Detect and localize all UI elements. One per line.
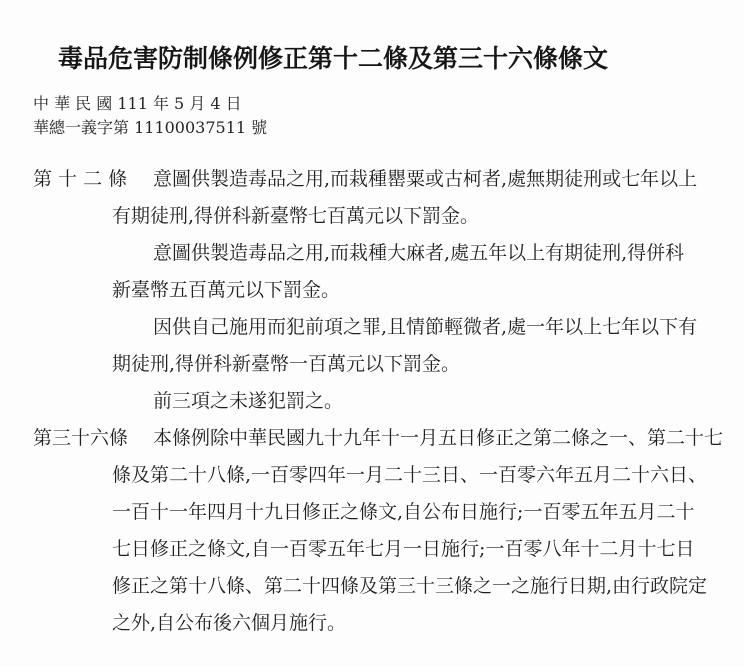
- article-text-line: 意圖供製造毒品之用,而栽種大麻者,處五年以上有期徒刑,得併科: [112, 235, 717, 272]
- article-text-line: 期徒刑,得併科新臺幣一百萬元以下罰金。: [112, 346, 717, 383]
- article-text-line: 本條例除中華民國九十九年十一月五日修正之第二條之一、第二十七: [112, 420, 717, 457]
- article-block: 第 十 二 條意圖供製造毒品之用,而栽種罌粟或古柯者,處無期徒刑或七年以上有期徒…: [0, 161, 744, 420]
- article-text-line: 新臺幣五百萬元以下罰金。: [112, 272, 717, 309]
- document-title: 毒品危害防制條例修正第十二條及第三十六條條文: [58, 42, 608, 76]
- article-content: 意圖供製造毒品之用,而栽種罌粟或古柯者,處無期徒刑或七年以上有期徒刑,得併科新臺…: [112, 161, 717, 420]
- promulgation-date: 中 華 民 國 111 年 5 月 4 日: [33, 92, 242, 116]
- articles-section: 第 十 二 條意圖供製造毒品之用,而栽種罌粟或古柯者,處無期徒刑或七年以上有期徒…: [0, 161, 744, 642]
- article-content: 本條例除中華民國九十九年十一月五日修正之第二條之一、第二十七條及第二十八條,一百…: [112, 420, 717, 642]
- article-text-line: 七日修正之條文,自一百零五年七月一日施行;一百零八年十二月十七日: [112, 531, 717, 568]
- article-text-line: 一百十一年四月十九日修正之條文,自公布日施行;一百零五年五月二十: [112, 494, 717, 531]
- article-text-line: 意圖供製造毒品之用,而栽種罌粟或古柯者,處無期徒刑或七年以上: [112, 161, 717, 198]
- article-text-line: 因供自己施用而犯前項之罪,且情節輕微者,處一年以上七年以下有: [112, 309, 717, 346]
- article-block: 第三十六條本條例除中華民國九十九年十一月五日修正之第二條之一、第二十七條及第二十…: [0, 420, 744, 642]
- article-number-label: 第 十 二 條: [33, 161, 127, 198]
- article-text-line: 之外,自公布後六個月施行。: [112, 605, 717, 642]
- article-text-line: 修正之第十八條、第二十四條及第三十三條之一之施行日期,由行政院定: [112, 568, 717, 605]
- document-page: 毒品危害防制條例修正第十二條及第三十六條條文 中 華 民 國 111 年 5 月…: [0, 0, 744, 667]
- article-text-line: 條及第二十八條,一百零四年一月二十三日、一百零六年五月二十六日、: [112, 457, 717, 494]
- article-number-label: 第三十六條: [33, 420, 128, 457]
- article-text-line: 有期徒刑,得併科新臺幣七百萬元以下罰金。: [112, 198, 717, 235]
- article-text-line: 前三項之未遂犯罰之。: [112, 383, 717, 420]
- document-number: 華總一義字第 11100037511 號: [33, 116, 267, 140]
